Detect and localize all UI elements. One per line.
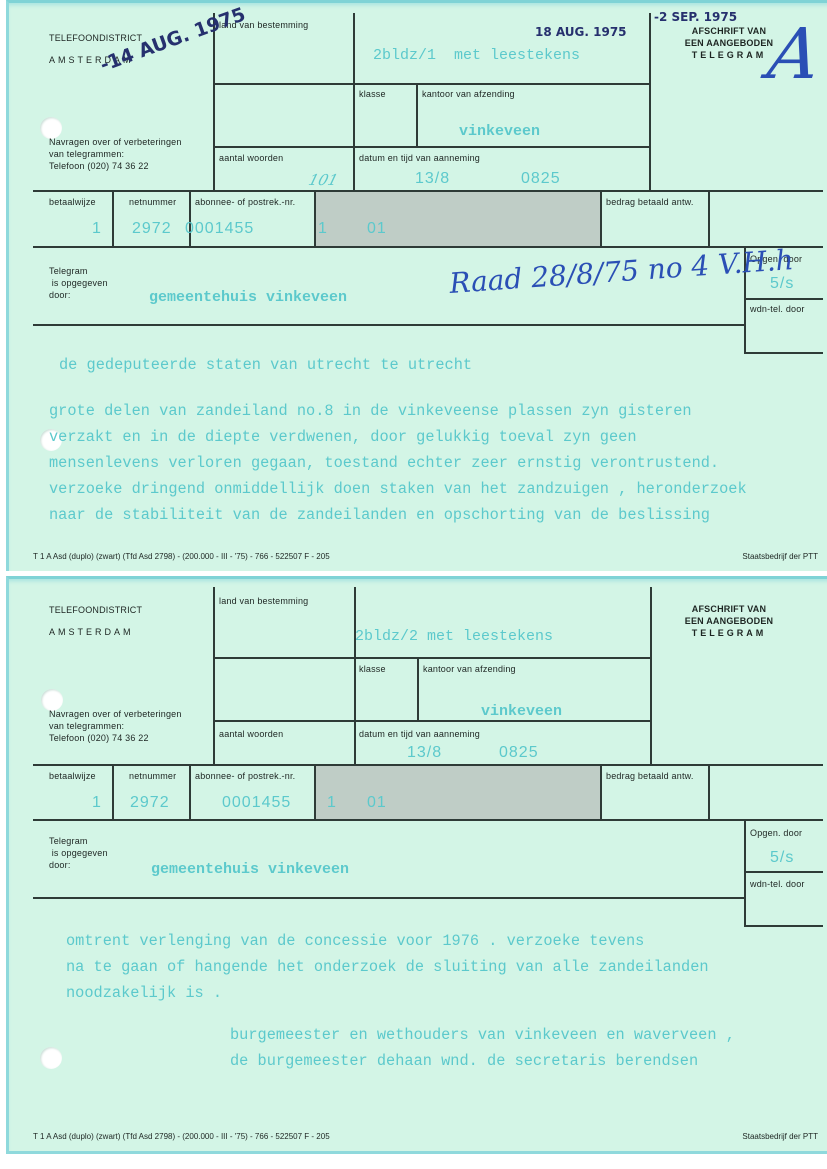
issuer-footer: Staatsbedrijf der PTT: [742, 552, 818, 561]
klasse-label: klasse: [359, 89, 386, 99]
netnummer-label: netnummer: [129, 197, 176, 207]
opgen-door-value: 5/s: [770, 849, 794, 867]
inquiry-line-3: Telefoon (020) 74 36 22: [49, 161, 149, 171]
aantal-woorden-value: 101: [307, 171, 340, 189]
grid-line: [112, 764, 114, 820]
abonnee-value: 0001455: [222, 794, 291, 812]
handwritten-initial: A: [763, 13, 825, 95]
message-line: na te gaan of hangende het onderzoek de …: [66, 954, 709, 980]
klasse-label: klasse: [359, 664, 386, 674]
grid-line: [600, 764, 602, 820]
district-city: AMSTERDAM: [49, 627, 134, 637]
message-line: naar de stabiliteit van de zandeilanden …: [49, 502, 710, 528]
datum-label: datum en tijd van aanneming: [359, 729, 480, 739]
grid-line: [744, 352, 823, 354]
grid-line: [416, 83, 418, 147]
punch-hole: [41, 689, 63, 711]
kantoor-value: vinkeveen: [481, 703, 562, 720]
land-van-bestemming-value: 2bldz/2 met leestekens: [355, 628, 553, 645]
opgegeven-label: Telegram is opgegeven door:: [49, 265, 108, 301]
inquiry-line-2: van telegrammen:: [49, 721, 124, 731]
form-code-footer: T 1 A Asd (duplo) (zwart) (Tfd Asd 2798)…: [33, 1132, 330, 1141]
tijd-value: 0825: [499, 744, 539, 762]
opgegeven-value: gemeentehuis vinkeveen: [149, 289, 347, 306]
grid-line: [213, 146, 651, 148]
inquiry-line-2: van telegrammen:: [49, 149, 124, 159]
grid-line: [189, 190, 191, 247]
grid-line: [213, 720, 652, 722]
grid-line: [213, 13, 215, 191]
title-line-2: EEN AANGEBODEN: [669, 615, 789, 627]
grid-line: [708, 764, 710, 820]
betaalwijze-value: 1: [92, 220, 102, 238]
signature-line: burgemeester en wethouders van vinkeveen…: [230, 1022, 735, 1048]
signature-line: de burgemeester dehaan wnd. de secretari…: [230, 1048, 698, 1074]
land-van-bestemming-value: 2bldz/1 met leestekens: [373, 47, 580, 64]
message-line: noodzakelijk is .: [66, 980, 222, 1006]
grid-line: [213, 587, 215, 764]
shaded-field: [315, 192, 600, 247]
handwritten-note: Raad 28/8/75 no 4 V.H.h: [448, 243, 794, 300]
message-line: mensenlevens verloren gegaan, toestand e…: [49, 450, 719, 476]
aantal-woorden-label: aantal woorden: [219, 153, 283, 163]
grid-line: [708, 190, 710, 247]
issuer-footer: Staatsbedrijf der PTT: [742, 1132, 818, 1141]
addressee-line: de gedeputeerde staten van utrecht te ut…: [59, 352, 472, 378]
grid-line: [744, 871, 823, 873]
grid-line: [417, 657, 419, 721]
grid-line: [314, 190, 316, 247]
betaalwijze-label: betaalwijze: [49, 771, 96, 781]
bedrag-label: bedrag betaald antw.: [606, 771, 694, 781]
grid-line: [744, 298, 823, 300]
betaalwijze-value: 1: [92, 794, 102, 812]
telegram-form-page-1: TELEFOONDISTRICT AMSTERDAM Navragen over…: [6, 0, 827, 571]
datum-label: datum en tijd van aanneming: [359, 153, 480, 163]
telegram-form-page-2: TELEFOONDISTRICT AMSTERDAM Navragen over…: [6, 576, 827, 1154]
shaded-field: [315, 766, 600, 820]
netnummer-label: netnummer: [129, 771, 176, 781]
punch-hole: [40, 1047, 62, 1069]
grid-line: [744, 819, 746, 927]
grid-line: [189, 764, 191, 820]
grid-line: [744, 925, 823, 927]
wdn-tel-label: wdn-tel. door: [750, 879, 805, 889]
abonnee-label: abonnee- of postrek.-nr.: [195, 771, 295, 781]
betaalwijze-label: betaalwijze: [49, 197, 96, 207]
grid-line: [112, 190, 114, 247]
grid-line: [649, 13, 651, 191]
opgen-door-label: Opgen. door: [750, 828, 802, 838]
opgegeven-label: Telegram is opgegeven door:: [49, 835, 108, 871]
district-label: TELEFOONDISTRICT: [49, 605, 142, 615]
form-code-footer: T 1 A Asd (duplo) (zwart) (Tfd Asd 2798)…: [33, 552, 330, 561]
datum-value: 13/8: [407, 744, 442, 762]
message-line: verzoeke dringend onmiddellijk doen stak…: [49, 476, 747, 502]
kantoor-label: kantoor van afzending: [423, 664, 516, 674]
land-van-bestemming-label: land van bestemming: [219, 596, 308, 606]
message-line: verzakt en in de diepte verdwenen, door …: [49, 424, 637, 450]
date-stamp-copy: -2 SEP. 1975: [654, 10, 737, 24]
grid-line: [354, 587, 356, 764]
kantoor-label: kantoor van afzending: [422, 89, 515, 99]
date-stamp-processed: 18 AUG. 1975: [535, 25, 627, 39]
opgen-door-value: 5/s: [770, 275, 794, 293]
grid-line: [33, 819, 823, 821]
aantal-woorden-label: aantal woorden: [219, 729, 283, 739]
punch-hole: [40, 117, 62, 139]
inquiry-line-1: Navragen over of verbeteringen: [49, 709, 182, 719]
grid-line: [33, 246, 823, 248]
grid-line: [213, 83, 651, 85]
netnummer-value: 2972: [132, 220, 172, 238]
wdn-tel-label: wdn-tel. door: [750, 304, 805, 314]
gray-value-1: 1: [327, 794, 337, 812]
message-line: omtrent verlenging van de concessie voor…: [66, 928, 644, 954]
grid-line: [33, 897, 746, 899]
abonnee-label: abonnee- of postrek.-nr.: [195, 197, 295, 207]
kantoor-value: vinkeveen: [459, 123, 540, 140]
message-line: grote delen van zandeiland no.8 in de vi…: [49, 398, 692, 424]
title-line-3: TELEGRAM: [669, 627, 789, 639]
datum-value: 13/8: [415, 170, 450, 188]
gray-value-2: 01: [367, 794, 387, 812]
grid-line: [33, 324, 746, 326]
inquiry-line-1: Navragen over of verbeteringen: [49, 137, 182, 147]
grid-line: [213, 657, 652, 659]
gray-value-1: 1: [318, 220, 328, 238]
gray-value-2: 01: [367, 220, 387, 238]
district-label: TELEFOONDISTRICT: [49, 33, 142, 43]
bedrag-label: bedrag betaald antw.: [606, 197, 694, 207]
grid-line: [650, 587, 652, 764]
tijd-value: 0825: [521, 170, 561, 188]
title-line-1: AFSCHRIFT VAN: [669, 603, 789, 615]
inquiry-line-3: Telefoon (020) 74 36 22: [49, 733, 149, 743]
grid-line: [600, 190, 602, 247]
abonnee-value: 0001455: [185, 220, 254, 238]
opgegeven-value: gemeentehuis vinkeveen: [151, 861, 349, 878]
grid-line: [353, 13, 355, 191]
netnummer-value: 2972: [130, 794, 170, 812]
grid-line: [314, 764, 316, 820]
